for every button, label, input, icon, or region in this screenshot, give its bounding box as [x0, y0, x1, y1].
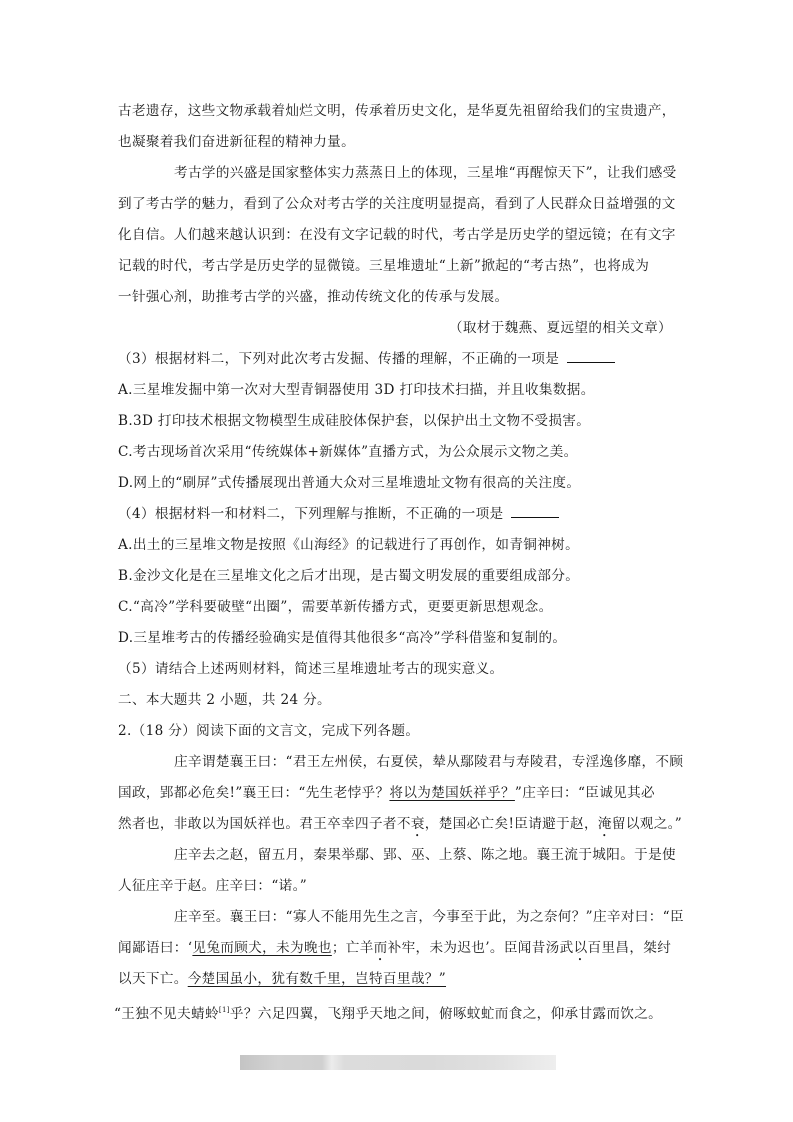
- classical-text-line: 庄辛至。襄王曰：“寡人不能用先生之言，今事至于此，为之奈何？”庄辛对曰：“臣: [118, 902, 674, 933]
- emphasized-char: 淹: [598, 816, 612, 832]
- text-line: 一针强心剂，助推考古学的兴盛，推动传统文化的传承与发展。: [118, 282, 674, 313]
- text-line: 化自信。人们越来越认识到：在没有文字记载的时代，考古学是历史学的望远镜；在有文字: [118, 220, 674, 251]
- text-line: 考古学的兴盛是国家整体实力蒸蒸日上的体现，三星堆“再醒惊天下”，让我们感受: [118, 158, 674, 189]
- classical-text-line: 庄辛去之赵，留五月，秦果举鄢、郢、巫、上蔡、陈之地。襄王流于城阳。于是使: [118, 840, 674, 871]
- answer-blank[interactable]: [567, 348, 615, 363]
- question-4-option-b: B.金沙文化是在三星堆文化之后才出现，是古蜀文明发展的重要组成部分。: [118, 561, 674, 592]
- text-span: 闻鄙语曰：‘: [118, 940, 192, 956]
- emphasized-char: 而: [374, 940, 388, 956]
- text-span: “王独不见夫蜻蛉: [114, 1006, 219, 1022]
- answer-blank[interactable]: [511, 503, 559, 518]
- classical-text-line: 人征庄辛于赵。庄辛曰：“诺。”: [118, 871, 674, 902]
- classical-text-line: 然者也，非敢以为国妖祥也。君王卒幸四子者不衰，楚国必亡矣!臣请避于赵，淹留以观之…: [118, 809, 674, 840]
- underlined-sentence: 将以为楚国妖祥乎？: [389, 785, 515, 801]
- question-3-option-b: B.3D 打印技术根据文物模型生成硅胶体保护套，以保护出土文物不受损害。: [118, 406, 674, 437]
- text-span: ，楚国必亡矣!臣请避于赵，: [425, 816, 598, 832]
- question-4-option-c: C.“高冷”学科要破壁“出圈”，需要革新传播方式，更要更新思想观念。: [118, 592, 674, 623]
- underlined-sentence: 今楚国虽小，犹有数千里，岂特百里哉？”: [188, 971, 446, 987]
- question-3-stem: （3）根据材料二，下列对此次考古发掘、传播的理解，不正确的一项是: [118, 344, 674, 375]
- footnote-marker: [1]: [219, 1006, 230, 1014]
- question-3-option-d: D.网上的“刷屏”式传播展现出普通大众对三星堆遗址文物有很高的关注度。: [118, 468, 674, 499]
- question-2-stem: 2.（18 分）阅读下面的文言文，完成下列各题。: [118, 716, 674, 747]
- section-heading: 二、本大题共 2 小题，共 24 分。: [118, 685, 674, 716]
- source-citation: （取材于魏燕、夏远望的相关文章）: [118, 313, 674, 344]
- classical-text-line: 庄辛谓楚襄王曰：“君王左州侯，右夏侯，辇从鄢陵君与寿陵君，专淫逸侈靡，不顾: [118, 747, 674, 778]
- text-span: 百里昌，桀纣: [588, 940, 672, 956]
- text-span: 留以观之。”: [612, 816, 682, 832]
- text-line: 到了考古学的魅力，看到了公众对考古学的关注度明显提高，看到了人民群众日益增强的文: [118, 189, 674, 220]
- question-3-text: （3）根据材料二，下列对此次考古发掘、传播的理解，不正确的一项是: [118, 351, 559, 367]
- text-span: 然者也，非敢以为国妖祥也。君王卒幸四子者不: [118, 816, 411, 832]
- question-4-option-a: A.出土的三星堆文物是按照《山海经》的记载进行了再创作，如青铜神树。: [118, 530, 674, 561]
- text-span: ”庄辛曰：“臣诚见其必: [515, 785, 655, 801]
- text-line: 记载的时代，考古学是历史学的显微镜。三星堆遗址“上新”掀起的“考古热”，也将成为: [118, 251, 674, 282]
- underlined-sentence: 见兔而顾犬，未为晚也: [192, 940, 331, 956]
- question-4-stem: （4）根据材料一和材料二，下列理解与推断，不正确的一项是: [118, 499, 674, 530]
- question-4-option-d: D.三星堆考古的传播经验确实是值得其他很多“高冷”学科借鉴和复制的。: [118, 623, 674, 654]
- classical-text-line: 闻鄙语曰：‘见兔而顾犬，未为晚也；亡羊而补牢，未为迟也’。臣闻昔汤武以百里昌，桀…: [118, 933, 674, 964]
- blurred-watermark-band: [240, 1055, 556, 1070]
- classical-text-line: “王独不见夫蜻蛉[1]乎？六足四翼，飞翔乎天地之间，俯啄蚊虻而食之，仰承甘露而饮…: [114, 995, 674, 1026]
- question-3-option-a: A.三星堆发掘中第一次对大型青铜器使用 3D 打印技术扫描，并且收集数据。: [118, 375, 674, 406]
- text-span: 乎？六足四翼，飞翔乎天地之间，俯啄蚊虻而食之，仰承甘露而饮之。: [230, 1006, 662, 1022]
- text-line: 也凝聚着我们奋进新征程的精神力量。: [118, 127, 674, 158]
- question-5-stem: （5）请结合上述两则材料，简述三星堆遗址考古的现实意义。: [118, 654, 674, 685]
- classical-text-line: 以天下亡。今楚国虽小，犹有数千里，岂特百里哉？”: [118, 964, 674, 995]
- emphasized-char: 衰: [411, 816, 425, 832]
- text-line: 古老遗存，这些文物承载着灿烂文明，传承着历史文化，是华夏先祖留给我们的宝贵遗产，: [118, 96, 674, 127]
- text-span: 以天下亡。: [118, 971, 188, 987]
- text-span: ；亡羊: [332, 940, 374, 956]
- exam-page: 古老遗存，这些文物承载着灿烂文明，传承着历史文化，是华夏先祖留给我们的宝贵遗产，…: [118, 96, 674, 1026]
- emphasized-char: 以: [574, 940, 588, 956]
- classical-text-line: 国政，郢都必危矣!”襄王曰：“先生老悖乎？将以为楚国妖祥乎？”庄辛曰：“臣诚见其…: [118, 778, 674, 809]
- question-4-text: （4）根据材料一和材料二，下列理解与推断，不正确的一项是: [118, 506, 503, 522]
- text-span: 国政，郢都必危矣!”襄王曰：“先生老悖乎？: [118, 785, 389, 801]
- question-3-option-c: C.考古现场首次采用“传统媒体+新媒体”直播方式，为公众展示文物之美。: [118, 437, 674, 468]
- text-span: 补牢，未为迟也’。臣闻昔汤武: [388, 940, 574, 956]
